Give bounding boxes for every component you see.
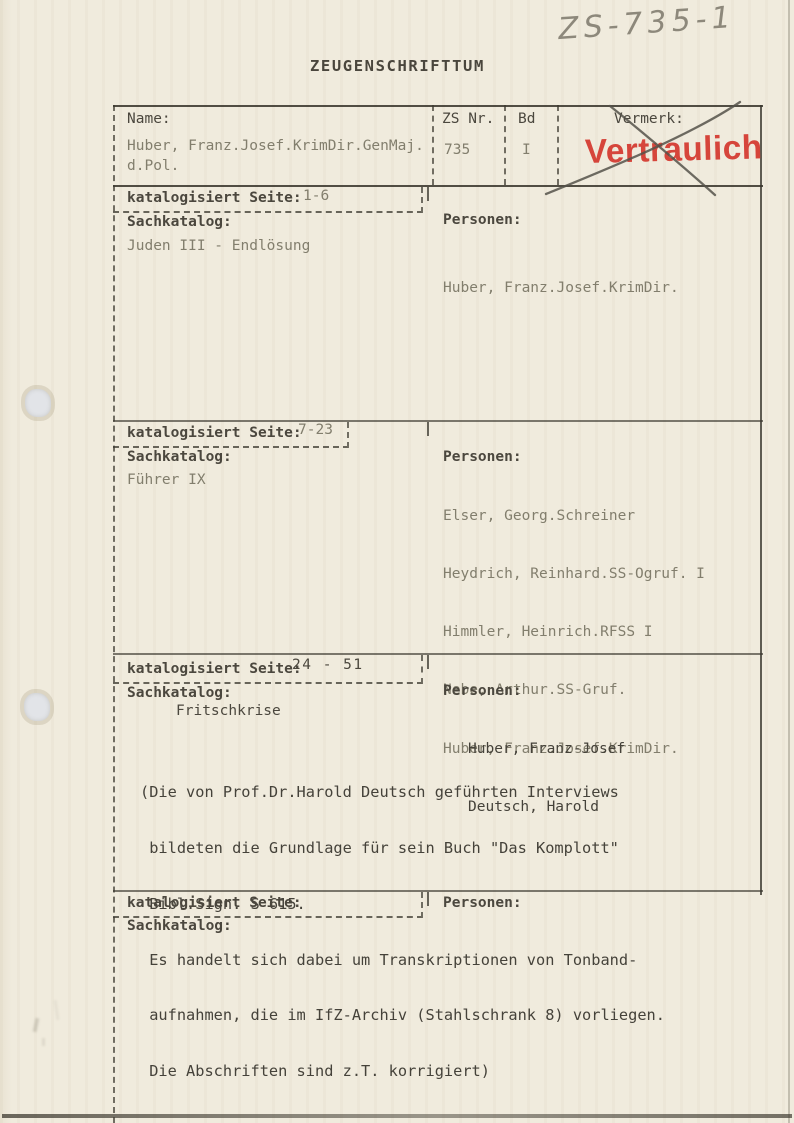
- seite-value-2: 7-23: [298, 422, 333, 438]
- pencil-smudge: [42, 1038, 45, 1046]
- pencil-smudge: [54, 1000, 60, 1020]
- table-border-right: [760, 105, 762, 895]
- column-divider-zsnr-bd: [504, 105, 506, 185]
- column-divider-name-zsnr: [432, 105, 434, 185]
- pencil-cross-out-mark: [540, 98, 755, 203]
- name-value-line2: d.Pol.: [127, 158, 179, 174]
- bd-label: Bd: [518, 111, 535, 127]
- zs-nr-label: ZS Nr.: [442, 111, 494, 127]
- column-tick: [427, 422, 429, 436]
- name-value-line1: Huber, Franz.Josef.KrimDir.GenMaj.: [127, 138, 424, 154]
- note-line: aufnahmen, die im IfZ-Archiv (Stahlschra…: [140, 1006, 665, 1025]
- scan-edge-right: [788, 0, 790, 1123]
- scan-edge-bottom: [2, 1114, 792, 1118]
- name-label: Name:: [127, 111, 171, 127]
- personen-label-2: Personen:: [443, 449, 522, 465]
- person-entry: Himmler, Heinrich.RFSS I: [443, 623, 705, 642]
- seite-value-3: 24 - 51: [292, 657, 364, 673]
- personen-label-3: Personen:: [443, 683, 522, 699]
- sachkatalog-label-2: Sachkatalog:: [127, 449, 232, 465]
- punch-hole-bottom: [24, 693, 50, 721]
- personen-label-4: Personen:: [443, 895, 522, 911]
- seite-value-1: 1-6: [303, 188, 329, 204]
- katalogisiert-label-2: katalogisiert Seite:: [127, 425, 302, 441]
- katalogisiert-label-3: katalogisiert Seite:: [127, 661, 302, 677]
- sachkatalog-label-1: Sachkatalog:: [127, 214, 232, 230]
- note-line: Die Abschriften sind z.T. korrigiert): [140, 1062, 665, 1081]
- punch-hole-top: [25, 389, 51, 417]
- personen-list-1: Huber, Franz.Josef.KrimDir.: [443, 240, 679, 337]
- table-border-left: [113, 105, 115, 1123]
- document-page: ZS-735-1 ZEUGENSCHRIFTTUM Name: Huber, F…: [0, 0, 794, 1123]
- personen-label-1: Personen:: [443, 212, 522, 228]
- bd-value: I: [522, 142, 531, 158]
- sachkatalog-label-4: Sachkatalog:: [127, 918, 232, 934]
- sachkatalog-label-3: Sachkatalog:: [127, 685, 232, 701]
- handwritten-reference: ZS-735-1: [557, 0, 737, 47]
- person-entry: Huber, Franz.Josef.KrimDir.: [443, 279, 679, 298]
- pencil-smudge: [33, 1018, 40, 1033]
- sachkatalog-value-3: Fritschkrise: [176, 703, 281, 719]
- note-line: Es handelt sich dabei um Transkriptionen…: [140, 951, 665, 970]
- column-tick: [427, 187, 429, 201]
- note-line: (Die von Prof.Dr.Harold Deutsch geführte…: [140, 783, 665, 802]
- sachkatalog-value-2: Führer IX: [127, 472, 206, 488]
- page-title: ZEUGENSCHRIFTTUM: [310, 57, 485, 75]
- person-entry: Heydrich, Reinhard.SS-Ogruf. I: [443, 565, 705, 584]
- note-line: bildeten die Grundlage für sein Buch "Da…: [140, 839, 665, 858]
- zs-nr-value: 735: [444, 142, 470, 158]
- person-entry: Elser, Georg.Schreiner: [443, 507, 705, 526]
- sachkatalog-value-1: Juden III - Endlösung: [127, 238, 310, 254]
- katalogisiert-label-1: katalogisiert Seite:: [127, 190, 302, 206]
- katalogisiert-label-4: katalogisiert Seite:: [127, 895, 302, 911]
- column-tick: [427, 655, 429, 669]
